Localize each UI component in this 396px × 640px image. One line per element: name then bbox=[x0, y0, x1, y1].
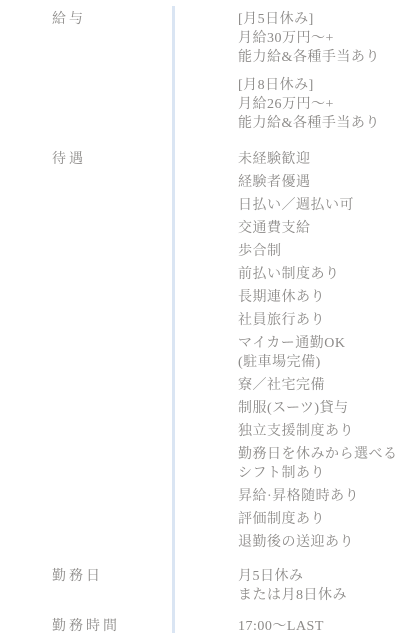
job-detail-table: 給与[月5日休み]月給30万円〜+能力給&各種手当あり[月8日休み]月給26万円… bbox=[0, 0, 396, 636]
value-line: 月給26万円〜+ bbox=[238, 95, 394, 114]
value-item: 前払い制度あり bbox=[238, 265, 396, 284]
value-item: マイカー通勤OK(駐車場完備) bbox=[238, 334, 396, 372]
value-line: 経験者優遇 bbox=[238, 173, 396, 192]
value-item: 独立支援制度あり bbox=[238, 422, 396, 441]
value-item: 交通費支給 bbox=[238, 219, 396, 238]
row-value: 17:00〜LAST bbox=[172, 617, 396, 636]
row-hours: 勤務時間17:00〜LAST bbox=[0, 617, 396, 636]
value-item: 昇給·昇格随時あり bbox=[238, 487, 396, 506]
value-item: 17:00〜LAST bbox=[238, 617, 394, 636]
value-line: 月給30万円〜+ bbox=[238, 29, 394, 48]
value-line: シフト制あり bbox=[238, 464, 396, 483]
job-detail-page: 給与[月5日休み]月給30万円〜+能力給&各種手当あり[月8日休み]月給26万円… bbox=[0, 0, 396, 640]
value-item: 月5日休みまたは月8日休み bbox=[238, 567, 394, 605]
value-item: [月5日休み]月給30万円〜+能力給&各種手当あり bbox=[238, 10, 394, 67]
value-line: [月8日休み] bbox=[238, 76, 394, 95]
value-line: 能力給&各種手当あり bbox=[238, 114, 394, 133]
value-line: 日払い／週払い可 bbox=[238, 196, 396, 215]
value-line: 月5日休み bbox=[238, 567, 394, 586]
value-item: 未経験歓迎 bbox=[238, 150, 396, 169]
value-line: 交通費支給 bbox=[238, 219, 396, 238]
value-line: 歩合制 bbox=[238, 242, 396, 261]
row-workdays: 勤務日月5日休みまたは月8日休み bbox=[0, 567, 396, 605]
value-line: 制服(スーツ)貸与 bbox=[238, 399, 396, 418]
value-item: 歩合制 bbox=[238, 242, 396, 261]
value-item: 日払い／週払い可 bbox=[238, 196, 396, 215]
value-line: 評価制度あり bbox=[238, 510, 396, 529]
value-line: 前払い制度あり bbox=[238, 265, 396, 284]
value-item: 勤務日を休みから選べるシフト制あり bbox=[238, 445, 396, 483]
row-salary: 給与[月5日休み]月給30万円〜+能力給&各種手当あり[月8日休み]月給26万円… bbox=[0, 10, 396, 133]
value-item: 経験者優遇 bbox=[238, 173, 396, 192]
value-line: 独立支援制度あり bbox=[238, 422, 396, 441]
row-label: 勤務時間 bbox=[0, 617, 172, 636]
value-line: [月5日休み] bbox=[238, 10, 394, 29]
value-line: 退勤後の送迎あり bbox=[238, 533, 396, 552]
value-item: 寮／社宅完備 bbox=[238, 376, 396, 395]
row-label: 勤務日 bbox=[0, 567, 172, 605]
row-label: 給与 bbox=[0, 10, 172, 133]
row-benefits: 待遇未経験歓迎経験者優遇日払い／週払い可交通費支給歩合制前払い制度あり長期連休あ… bbox=[0, 150, 396, 552]
value-item: 退勤後の送迎あり bbox=[238, 533, 396, 552]
value-line: 社員旅行あり bbox=[238, 311, 396, 330]
value-line: 17:00〜LAST bbox=[238, 617, 394, 636]
value-line: 寮／社宅完備 bbox=[238, 376, 396, 395]
value-line: (駐車場完備) bbox=[238, 353, 396, 372]
value-line: 長期連休あり bbox=[238, 288, 396, 307]
row-label: 待遇 bbox=[0, 150, 172, 552]
value-item: 評価制度あり bbox=[238, 510, 396, 529]
row-value: 未経験歓迎経験者優遇日払い／週払い可交通費支給歩合制前払い制度あり長期連休あり社… bbox=[172, 150, 396, 552]
value-item: 制服(スーツ)貸与 bbox=[238, 399, 396, 418]
row-value: [月5日休み]月給30万円〜+能力給&各種手当あり[月8日休み]月給26万円〜+… bbox=[172, 10, 396, 133]
value-line: マイカー通勤OK bbox=[238, 334, 396, 353]
row-value: 月5日休みまたは月8日休み bbox=[172, 567, 396, 605]
value-item: 長期連休あり bbox=[238, 288, 396, 307]
value-line: 勤務日を休みから選べる bbox=[238, 445, 396, 464]
value-line: または月8日休み bbox=[238, 586, 394, 605]
value-line: 能力給&各種手当あり bbox=[238, 48, 394, 67]
value-item: 社員旅行あり bbox=[238, 311, 396, 330]
value-line: 未経験歓迎 bbox=[238, 150, 396, 169]
value-item: [月8日休み]月給26万円〜+能力給&各種手当あり bbox=[238, 76, 394, 133]
value-line: 昇給·昇格随時あり bbox=[238, 487, 396, 506]
